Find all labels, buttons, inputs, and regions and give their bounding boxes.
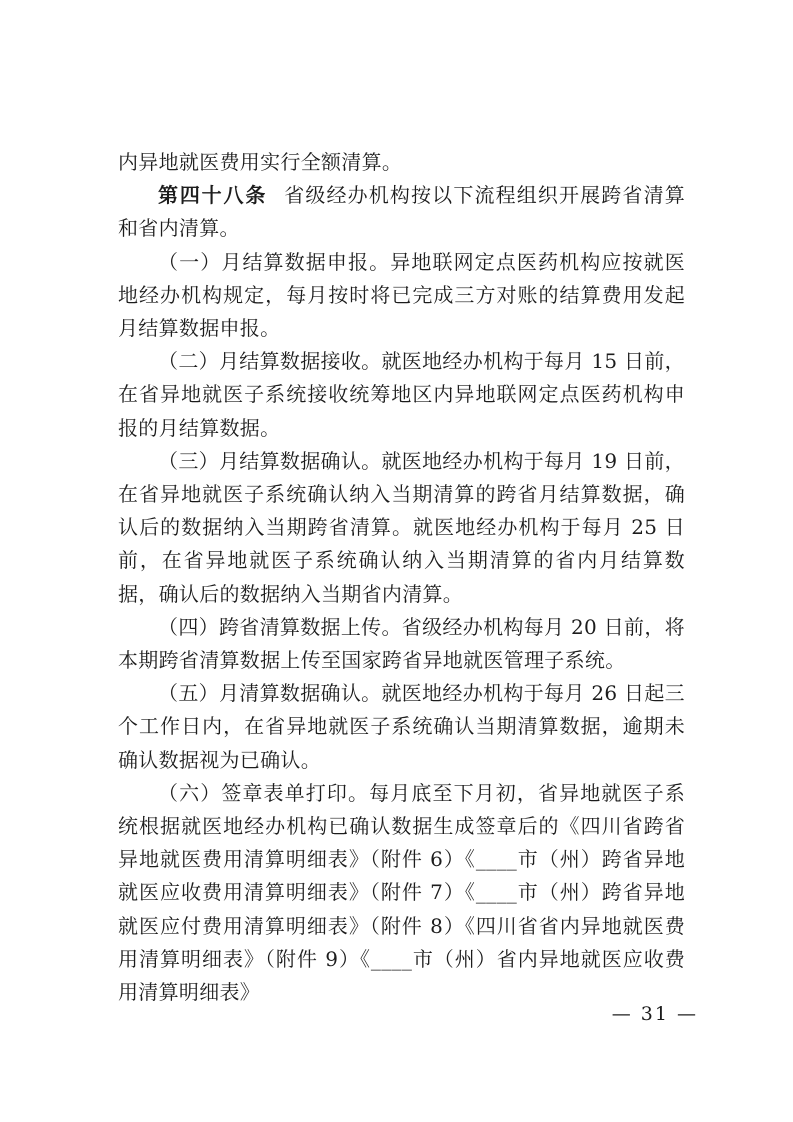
paragraph-article-48: 第四十八条省级经办机构按以下流程组织开展跨省清算和省内清算。 [118,179,685,245]
document-page: 内异地就医费用实行全额清算。 第四十八条省级经办机构按以下流程组织开展跨省清算和… [0,0,793,1122]
document-body: 内异地就医费用实行全额清算。 第四十八条省级经办机构按以下流程组织开展跨省清算和… [118,146,685,1009]
paragraph-item-2: （二）月结算数据接收。就医地经办机构于每月 15 日前，在省异地就医子系统接收统… [118,345,685,445]
paragraph-item-1: （一）月结算数据申报。异地联网定点医药机构应按就医地经办机构规定，每月按时将已完… [118,246,685,346]
paragraph-item-3: （三）月结算数据确认。就医地经办机构于每月 19 日前，在省异地就医子系统确认纳… [118,445,685,611]
paragraph-item-5: （五）月清算数据确认。就医地经办机构于每月 26 日起三个工作日内，在省异地就医… [118,677,685,777]
article-number-label: 第四十八条 [158,183,267,207]
paragraph-item-4: （四）跨省清算数据上传。省级经办机构每月 20 日前，将本期跨省清算数据上传至国… [118,611,685,677]
paragraph-continuation: 内异地就医费用实行全额清算。 [118,146,685,179]
page-number: — 31 — [612,1003,698,1025]
paragraph-item-6: （六）签章表单打印。每月底至下月初，省异地就医子系统根据就医地经办机构已确认数据… [118,777,685,1009]
